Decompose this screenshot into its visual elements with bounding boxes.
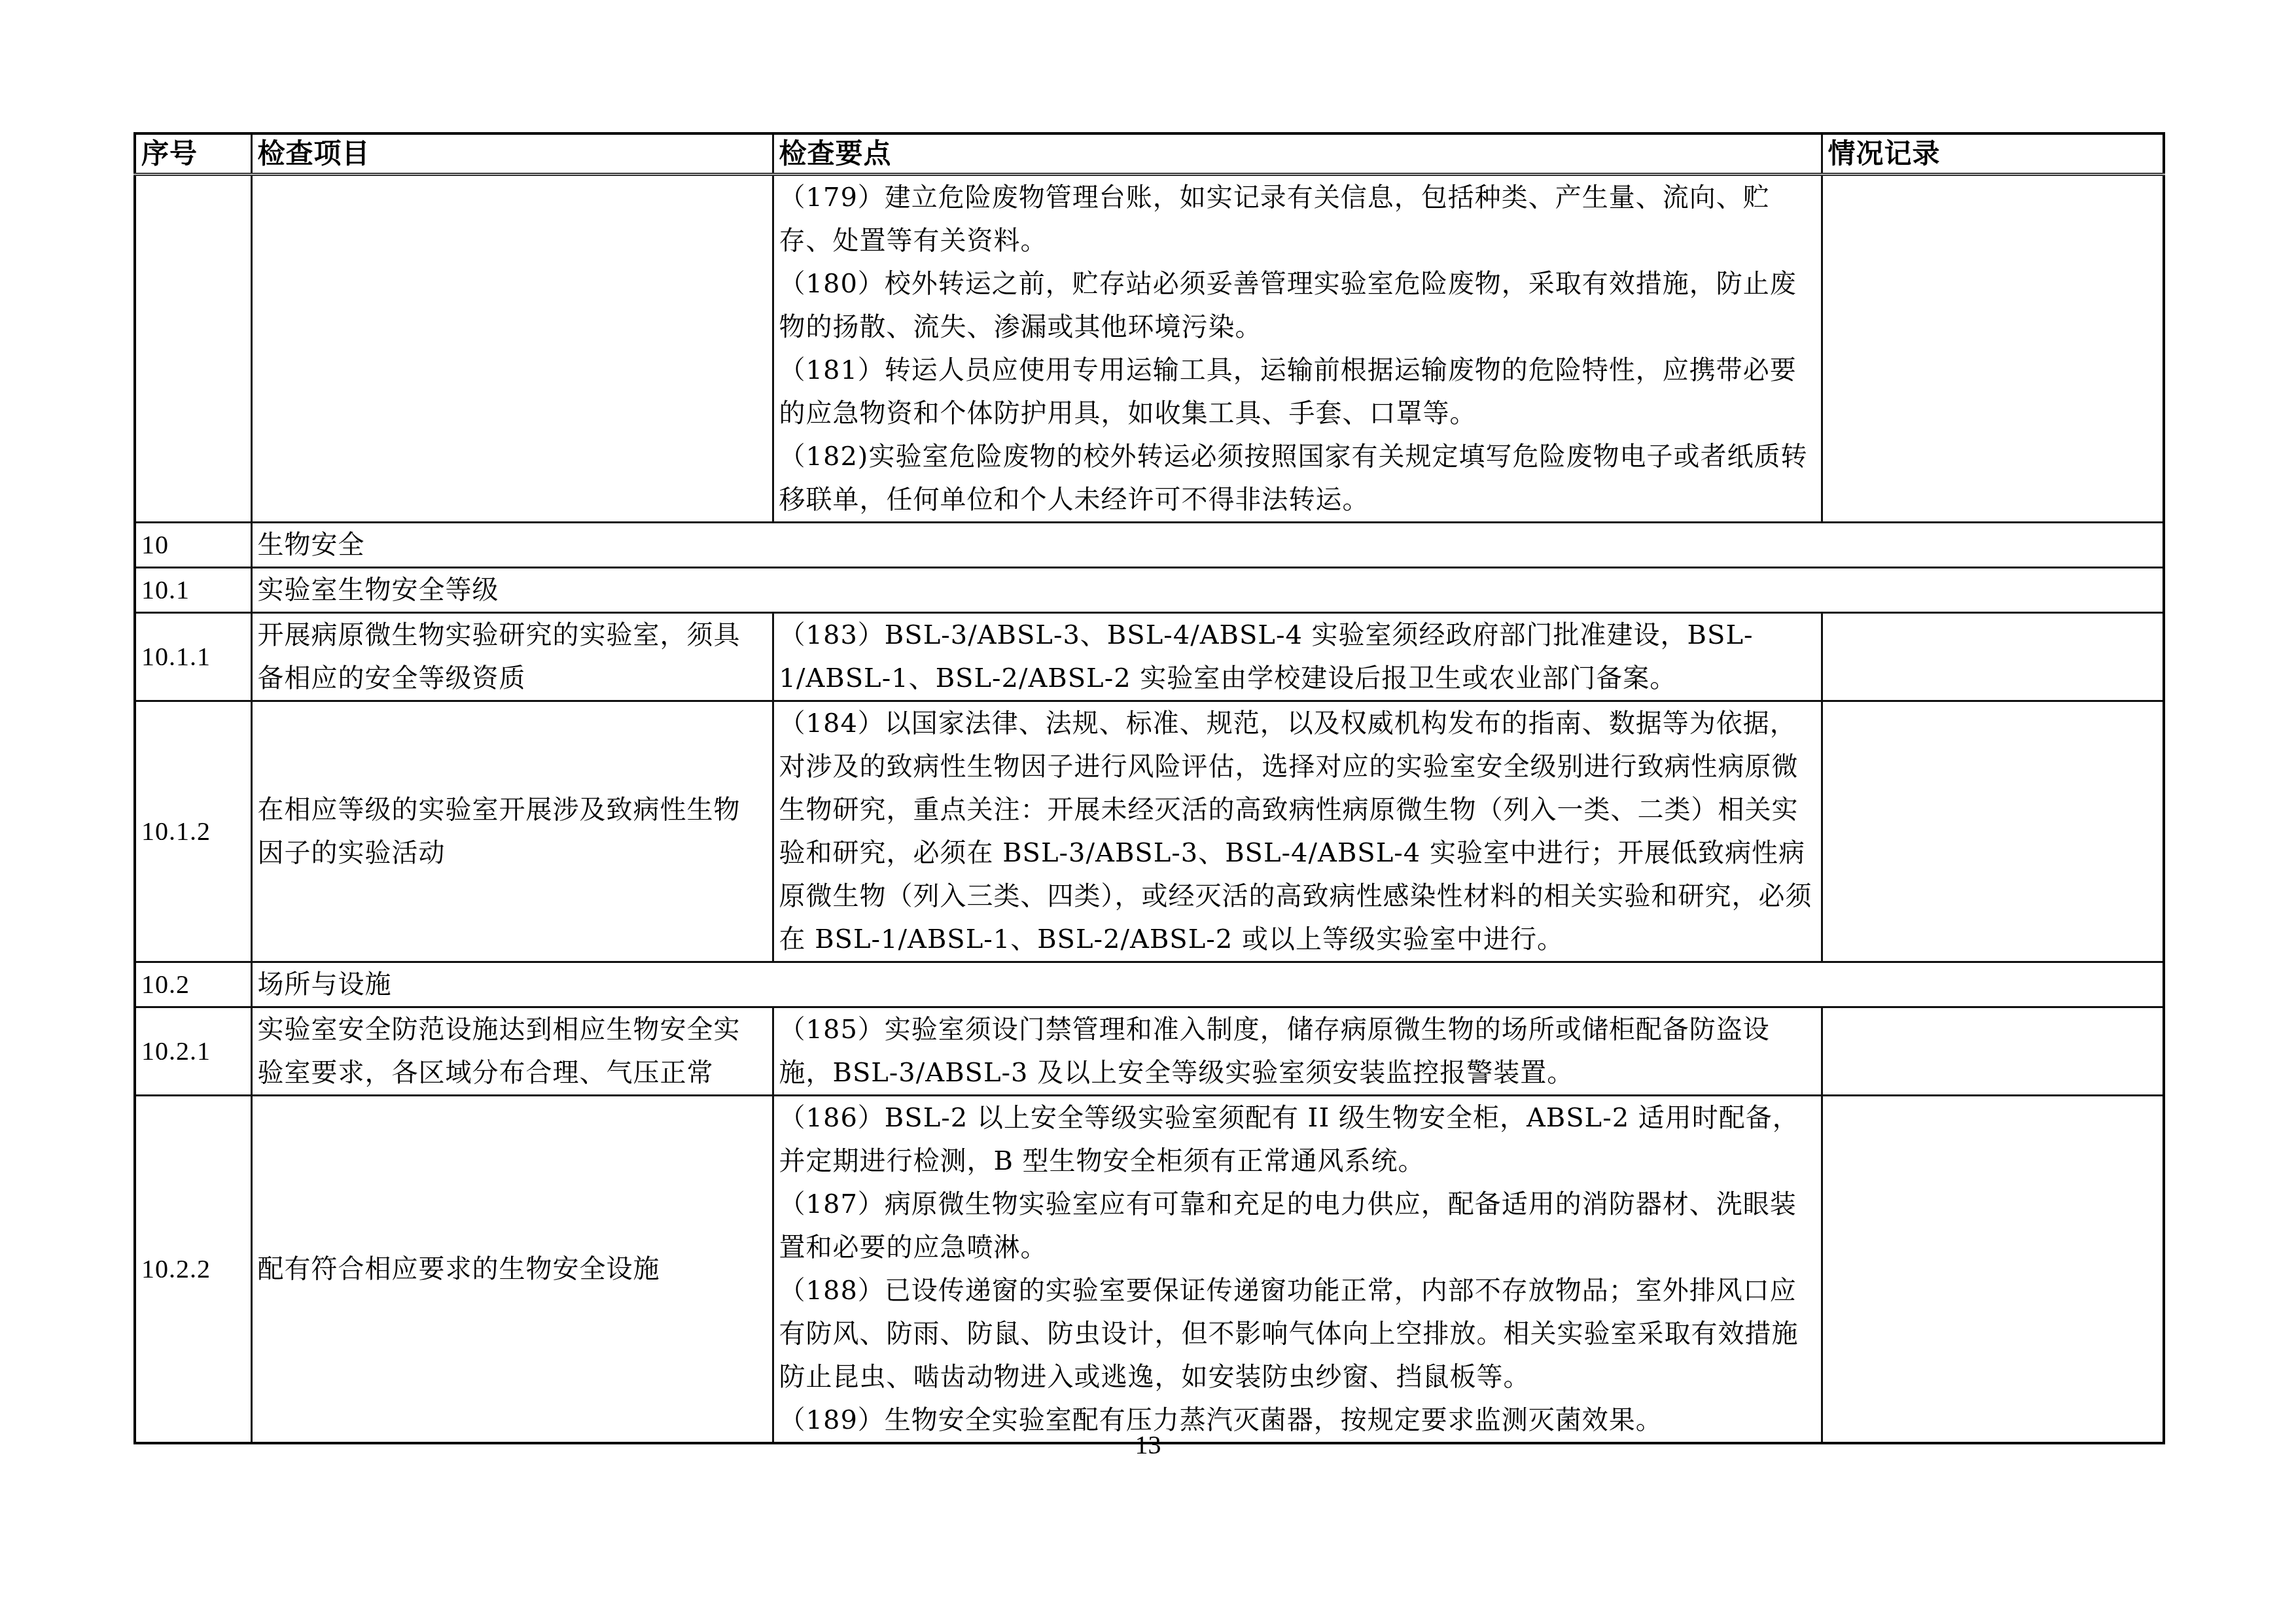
check-point-179: （179）建立危险废物管理台账，如实记录有关信息，包括种类、产生量、流向、贮存、…	[779, 176, 1816, 262]
table-row: （179）建立危险废物管理台账，如实记录有关信息，包括种类、产生量、流向、贮存、…	[135, 175, 2164, 523]
cell-record[interactable]	[1822, 175, 2164, 523]
header-check-item: 检查项目	[251, 133, 773, 175]
table-row: 10.2.1 实验室安全防范设施达到相应生物安全实验室要求，各区域分布合理、气压…	[135, 1007, 2164, 1096]
check-point-184: （184）以国家法律、法规、标准、规范，以及权威机构发布的指南、数据等为依据，对…	[779, 702, 1816, 961]
cell-check-item	[251, 175, 773, 523]
cell-check-points: （183）BSL-3/ABSL-3、BSL-4/ABSL-4 实验室须经政府部门…	[773, 613, 1822, 701]
cell-check-item: 在相应等级的实验室开展涉及致病性生物因子的实验活动	[251, 701, 773, 962]
cell-serial-no: 10.2.1	[135, 1007, 251, 1096]
section-title: 场所与设施	[251, 962, 2164, 1007]
cell-check-item: 实验室安全防范设施达到相应生物安全实验室要求，各区域分布合理、气压正常	[251, 1007, 773, 1096]
cell-serial-no	[135, 175, 251, 523]
header-check-points: 检查要点	[773, 133, 1822, 175]
section-number: 10.2	[135, 962, 251, 1007]
cell-check-points: （179）建立危险废物管理台账，如实记录有关信息，包括种类、产生量、流向、贮存、…	[773, 175, 1822, 523]
cell-serial-no: 10.1.1	[135, 613, 251, 701]
section-title: 生物安全	[251, 523, 2164, 568]
check-point-187: （187）病原微生物实验室应有可靠和充足的电力供应，配备适用的消防器材、洗眼装置…	[779, 1183, 1816, 1269]
header-record: 情况记录	[1822, 133, 2164, 175]
inspection-table: 序号 检查项目 检查要点 情况记录 （179）建立危险废物管理台账，如实记录有关…	[133, 132, 2165, 1444]
page-number: 13	[0, 1429, 2296, 1460]
check-point-180: （180）校外转运之前，贮存站必须妥善管理实验室危险废物，采取有效措施，防止废物…	[779, 262, 1816, 349]
check-point-188: （188）已设传递窗的实验室要保证传递窗功能正常，内部不存放物品；室外排风口应有…	[779, 1269, 1816, 1399]
check-point-186: （186）BSL-2 以上安全等级实验室须配有 II 级生物安全柜，ABSL-2…	[779, 1096, 1816, 1183]
check-point-183: （183）BSL-3/ABSL-3、BSL-4/ABSL-4 实验室须经政府部门…	[779, 614, 1816, 700]
section-number: 10.1	[135, 568, 251, 613]
cell-record[interactable]	[1822, 613, 2164, 701]
cell-check-points: （186）BSL-2 以上安全等级实验室须配有 II 级生物安全柜，ABSL-2…	[773, 1096, 1822, 1444]
cell-check-item: 配有符合相应要求的生物安全设施	[251, 1096, 773, 1444]
check-point-182: （182)实验室危险废物的校外转运必须按照国家有关规定填写危险废物电子或者纸质转…	[779, 435, 1816, 521]
table-row: 10.2.2 配有符合相应要求的生物安全设施 （186）BSL-2 以上安全等级…	[135, 1096, 2164, 1444]
cell-serial-no: 10.2.2	[135, 1096, 251, 1444]
section-number: 10	[135, 523, 251, 568]
header-serial-no: 序号	[135, 133, 251, 175]
cell-record[interactable]	[1822, 701, 2164, 962]
cell-serial-no: 10.1.2	[135, 701, 251, 962]
cell-check-points: （185）实验室须设门禁管理和准入制度，储存病原微生物的场所或储柜配备防盗设施，…	[773, 1007, 1822, 1096]
cell-record[interactable]	[1822, 1007, 2164, 1096]
table-row: 10.1.1 开展病原微生物实验研究的实验室，须具备相应的安全等级资质 （183…	[135, 613, 2164, 701]
cell-check-points: （184）以国家法律、法规、标准、规范，以及权威机构发布的指南、数据等为依据，对…	[773, 701, 1822, 962]
section-title: 实验室生物安全等级	[251, 568, 2164, 613]
table-header-row: 序号 检查项目 检查要点 情况记录	[135, 133, 2164, 175]
cell-check-item: 开展病原微生物实验研究的实验室，须具备相应的安全等级资质	[251, 613, 773, 701]
document-page: 序号 检查项目 检查要点 情况记录 （179）建立危险废物管理台账，如实记录有关…	[0, 0, 2296, 1623]
cell-record[interactable]	[1822, 1096, 2164, 1444]
table-row: 10.1.2 在相应等级的实验室开展涉及致病性生物因子的实验活动 （184）以国…	[135, 701, 2164, 962]
check-point-181: （181）转运人员应使用专用运输工具，运输前根据运输废物的危险特性，应携带必要的…	[779, 349, 1816, 435]
section-row-10-2: 10.2 场所与设施	[135, 962, 2164, 1007]
section-row-10-1: 10.1 实验室生物安全等级	[135, 568, 2164, 613]
check-point-185: （185）实验室须设门禁管理和准入制度，储存病原微生物的场所或储柜配备防盗设施，…	[779, 1008, 1816, 1094]
section-row-10: 10 生物安全	[135, 523, 2164, 568]
